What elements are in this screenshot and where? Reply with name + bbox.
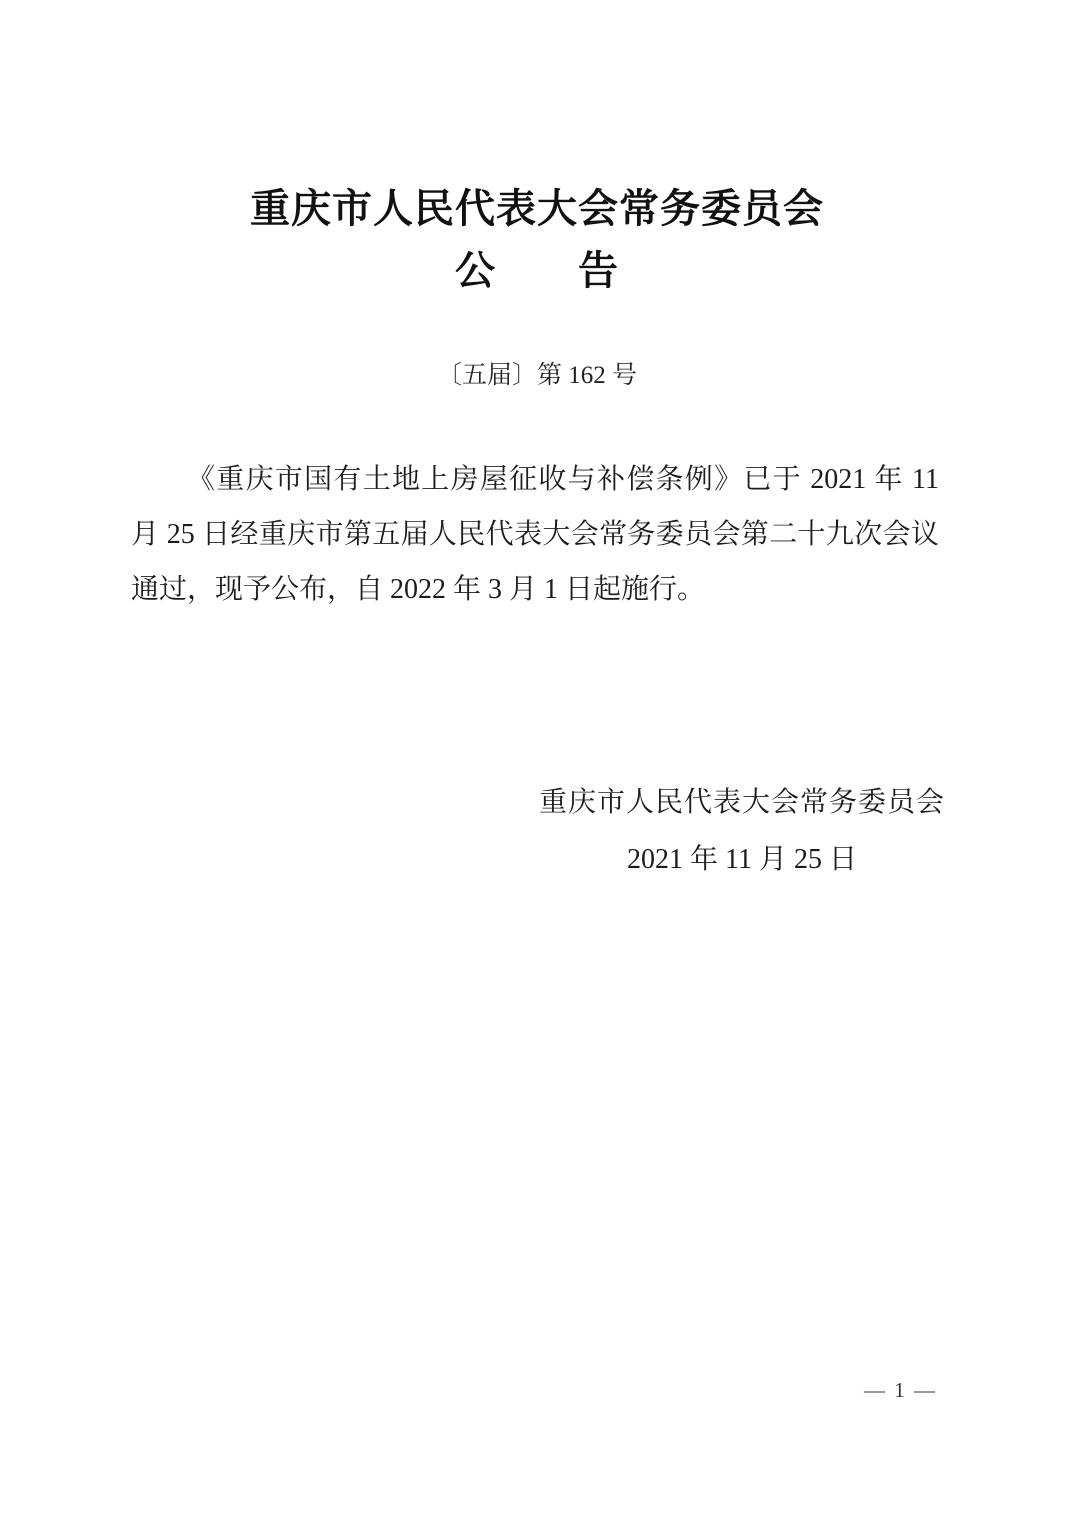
announcement-page: 重庆市人民代表大会常务委员会 公 告 〔五届〕第 162 号 《重庆市国有土地上…: [0, 0, 1074, 1520]
signature-block: 重庆市人民代表大会常务委员会 2021 年 11 月 25 日: [539, 774, 945, 888]
document-title-line1: 重庆市人民代表大会常务委员会: [0, 178, 1074, 240]
document-number: 〔五届〕第 162 号: [0, 356, 1074, 396]
document-title: 重庆市人民代表大会常务委员会 公 告: [0, 178, 1074, 302]
page-number: — 1 —: [864, 1376, 937, 1404]
signature-date: 2021 年 11 月 25 日: [539, 831, 945, 888]
signature-issuer: 重庆市人民代表大会常务委员会: [539, 774, 945, 831]
document-title-line2: 公 告: [0, 240, 1074, 302]
body-paragraph: 《重庆市国有土地上房屋征收与补偿条例》已于 2021 年 11 月 25 日经重…: [131, 452, 939, 617]
document-body: 《重庆市国有土地上房屋征收与补偿条例》已于 2021 年 11 月 25 日经重…: [131, 452, 939, 617]
